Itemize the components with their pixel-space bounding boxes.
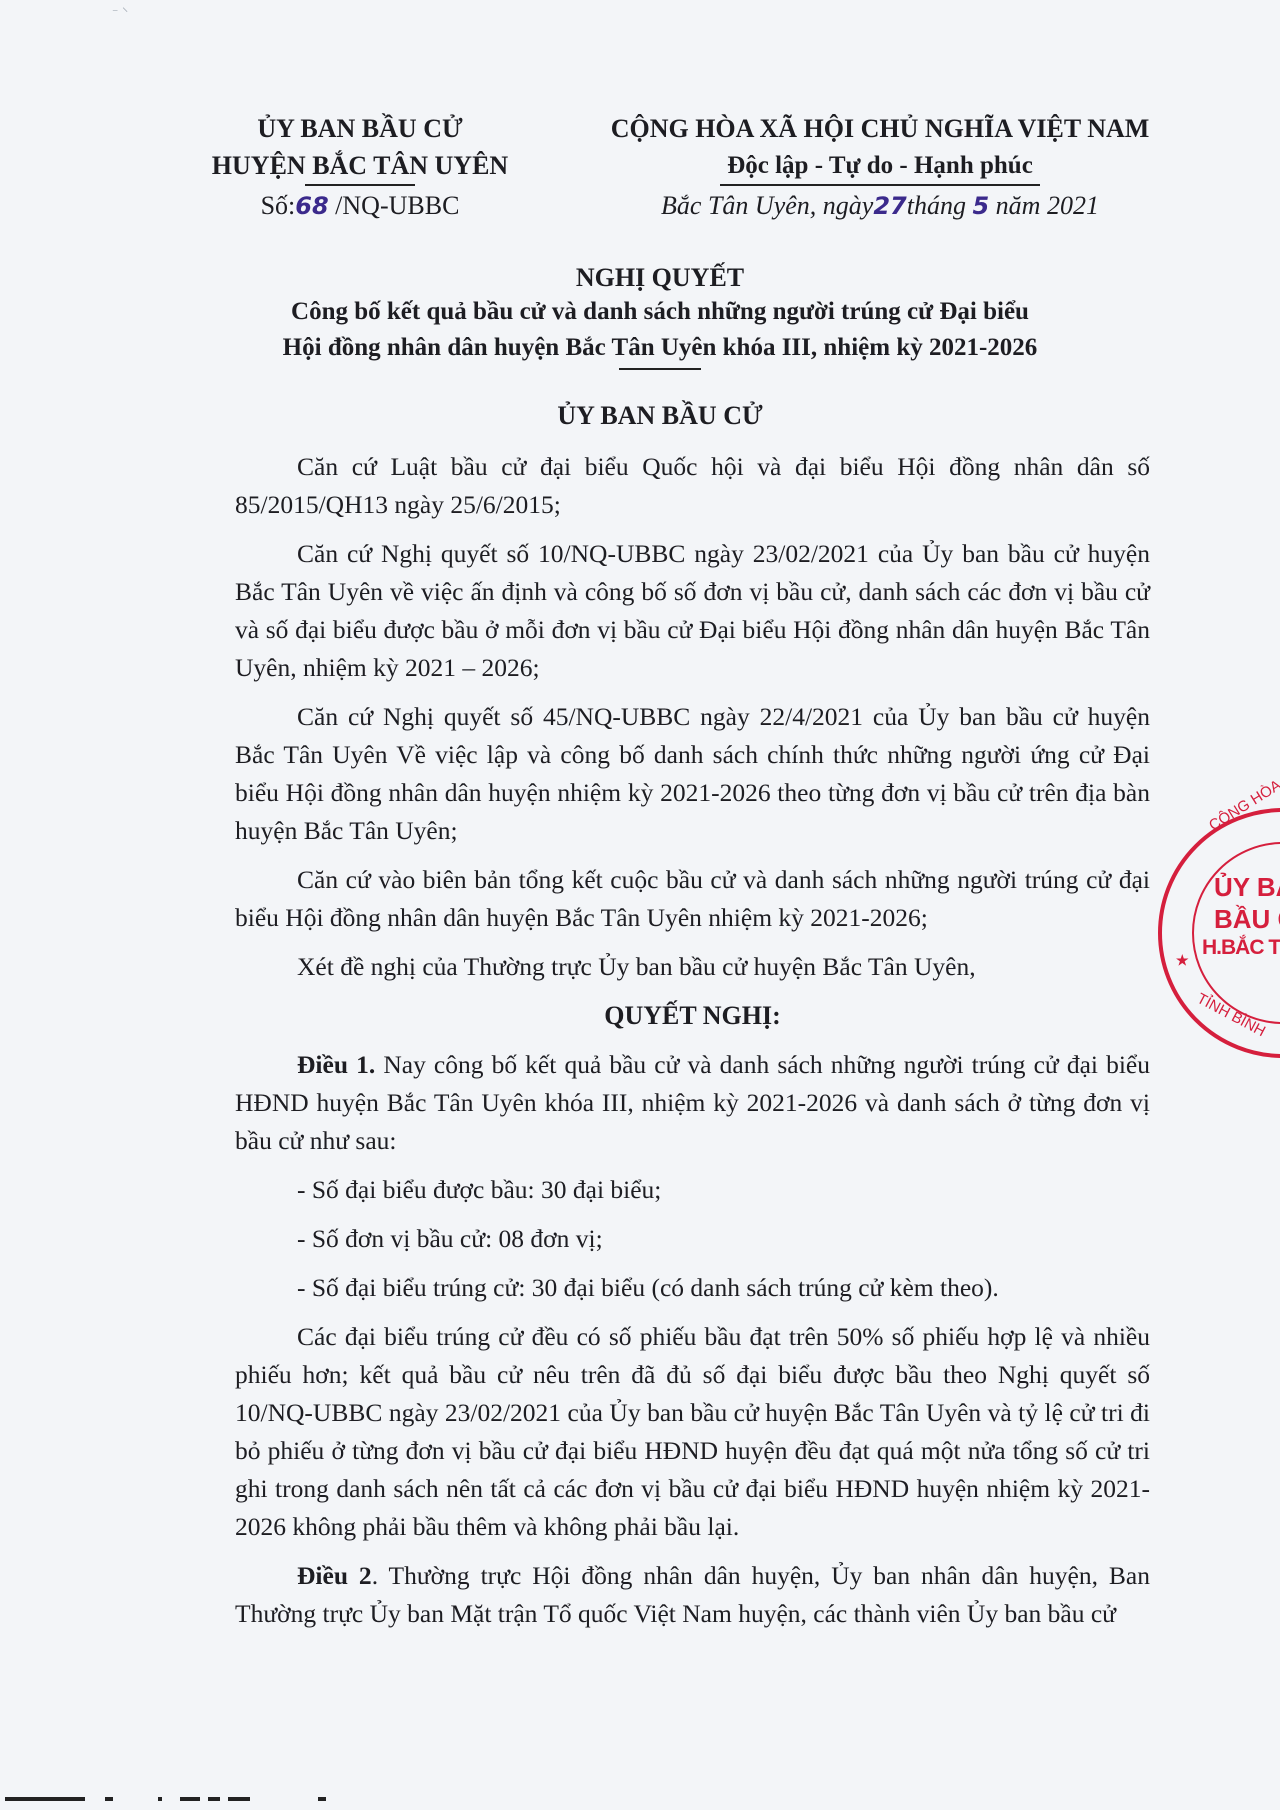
document-type: NGHỊ QUYẾT <box>180 262 1140 294</box>
title-rule <box>619 368 701 370</box>
handwritten-number: 68 <box>295 192 328 220</box>
document-number: Số:68 /NQ-UBBC <box>180 186 540 226</box>
document-title-block: NGHỊ QUYẾT Công bố kết quả bầu cử và dan… <box>180 262 1140 432</box>
seal-line-1: ỦY BA <box>1214 872 1280 903</box>
article-2-text: . Thường trực Hội đồng nhân dân huyện, Ủ… <box>235 1561 1150 1628</box>
agency-district: HUYỆN BẮC TÂN UYÊN <box>180 147 540 184</box>
legal-basis-2: Căn cứ Nghị quyết số 10/NQ-UBBC ngày 23/… <box>235 535 1150 687</box>
article-1-item-1: - Số đại biểu được bầu: 30 đại biểu; <box>235 1171 1150 1209</box>
legal-basis-5: Xét đề nghị của Thường trực Ủy ban bầu c… <box>235 948 1150 986</box>
article-2-label: Điều 2 <box>297 1561 372 1590</box>
article-1: Điều 1. Nay công bố kết quả bầu cử và da… <box>235 1046 1150 1160</box>
national-motto: Độc lập - Tự do - Hạnh phúc <box>580 147 1180 184</box>
handwritten-month: 5 <box>972 192 989 220</box>
document-date: Bắc Tân Uyên, ngày27tháng 5 năm 2021 <box>580 186 1180 226</box>
handwritten-day: 27 <box>873 192 906 220</box>
document-page: ⁻ ⸌ ỦY BAN BẦU CỬ HUYỆN BẮC TÂN UYÊN Số:… <box>0 0 1280 1810</box>
seal-arc-top: CỘNG HÒA XÃ HỘI CHỦ <box>1206 729 1280 835</box>
seal-line-2: BẦU C <box>1214 904 1280 935</box>
scan-corner-mark: ⁻ ⸌ <box>112 3 128 20</box>
document-subject-line2: Hội đồng nhân dân huyện Bắc Tân Uyên khó… <box>180 330 1140 366</box>
seal-star-icon: ★ <box>1176 952 1189 969</box>
legal-basis-3: Căn cứ Nghị quyết số 45/NQ-UBBC ngày 22/… <box>235 698 1150 850</box>
article-1-conclusion: Các đại biểu trúng cử đều có số phiếu bầ… <box>235 1318 1150 1546</box>
article-1-item-2: - Số đơn vị bầu cử: 08 đơn vị; <box>235 1220 1150 1258</box>
document-subject-line1: Công bố kết quả bầu cử và danh sách nhữn… <box>180 294 1140 330</box>
decision-heading: QUYẾT NGHỊ: <box>235 997 1150 1035</box>
legal-basis-1: Căn cứ Luật bầu cử đại biểu Quốc hội và … <box>235 448 1150 524</box>
article-1-label: Điều 1. <box>297 1050 375 1079</box>
legal-basis-4: Căn cứ vào biên bản tổng kết cuộc bầu cử… <box>235 861 1150 937</box>
document-body: Căn cứ Luật bầu cử đại biểu Quốc hội và … <box>235 448 1150 1644</box>
agency-name: ỦY BAN BẦU CỬ <box>180 110 540 147</box>
seal-line-3: H.BẮC TÂN <box>1202 936 1280 960</box>
scan-edge-marks <box>0 1797 1280 1803</box>
article-1-item-3: - Số đại biểu trúng cử: 30 đại biểu (có … <box>235 1269 1150 1307</box>
article-2: Điều 2. Thường trực Hội đồng nhân dân hu… <box>235 1557 1150 1633</box>
issuing-agency-header: ỦY BAN BẦU CỬ HUYỆN BẮC TÂN UYÊN Số:68 /… <box>180 110 540 226</box>
official-seal: CỘNG HÒA XÃ HỘI CHỦ ỦY BA BẦU C H.BẮC TÂ… <box>1158 808 1280 1058</box>
national-header: CỘNG HÒA XÃ HỘI CHỦ NGHĨA VIỆT NAM Độc l… <box>580 110 1180 226</box>
issuer-heading: ỦY BAN BẦU CỬ <box>180 400 1140 432</box>
national-title: CỘNG HÒA XÃ HỘI CHỦ NGHĨA VIỆT NAM <box>580 110 1180 147</box>
